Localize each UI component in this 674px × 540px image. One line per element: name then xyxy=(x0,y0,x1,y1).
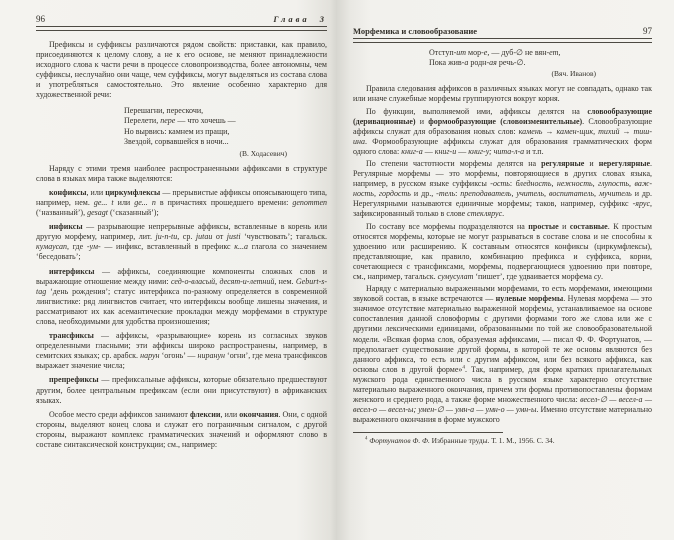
italic-example: ая xyxy=(489,58,497,67)
text-run: ‘день рождения’; статус интерфикса по-ра… xyxy=(36,287,327,326)
page-number-right: 97 xyxy=(643,26,652,36)
text-run: , или xyxy=(86,188,105,197)
bold-term: нулевые морфемы xyxy=(496,294,564,303)
text-run: Пока жив- xyxy=(429,58,464,67)
italic-example: книг-и xyxy=(435,147,457,156)
text-run: Отступ- xyxy=(429,48,456,57)
text-run: Перелети, xyxy=(124,116,160,125)
paragraph: Префиксы и суффиксы различаются рядом св… xyxy=(36,40,327,101)
text-run: (‘сказанный’); xyxy=(108,208,159,217)
verse-attribution: (В. Ходасевич) xyxy=(36,149,327,158)
text-run: родн- xyxy=(468,58,489,67)
paragraph: Особое место среди аффиксов занимают фле… xyxy=(36,410,327,450)
paragraph: Наряду с этими тремя наиболее распростра… xyxy=(36,164,327,184)
text-run: или xyxy=(114,198,135,207)
text-run: (‘названный’), xyxy=(36,208,87,217)
text-run: , xyxy=(558,48,560,57)
verse-line: Отступ-ит мор-е, — дуб-∅ не вян-ет, xyxy=(429,48,652,58)
verse-line: Но вырвись: камнем из пращи, xyxy=(124,127,327,137)
footnote-area-1: 4 Фортунатов Ф. Ф. Избранные труды. Т. 1… xyxy=(353,432,652,445)
text-run: и xyxy=(559,222,570,231)
paragraph: По составу все морфемы подразделяются на… xyxy=(353,222,652,283)
text-run: Звездой, сорвавшейся в ночи... xyxy=(124,137,229,146)
verse-quote: Перешагни, перескочи,Перелети, пере — чт… xyxy=(124,106,327,148)
page-header-right: Морфемика и словообразование 97 xyxy=(353,26,652,36)
paragraph: конфиксы, или циркумфлексы — прерывистые… xyxy=(36,188,327,218)
paragraph: трансфиксы — аффиксы, «разрывающие» коре… xyxy=(36,331,327,371)
italic-example: -ум- xyxy=(87,242,101,251)
text-run: ‘огонь’ — xyxy=(160,351,198,360)
bold-term: регулярные xyxy=(541,159,584,168)
bold-term: инфиксы xyxy=(49,222,83,231)
italic-example: камень xyxy=(519,127,543,136)
text-run: и т.п. xyxy=(524,147,543,156)
text-run: Но вырвись: камнем из пращи, xyxy=(124,127,229,136)
text-run: . xyxy=(601,272,603,281)
book-spread: 96 Глава 3 Префиксы и суффиксы различают… xyxy=(0,0,674,540)
italic-example: ju-n-tu xyxy=(155,232,177,241)
paragraph: препрефиксы — префиксальные аффиксы, кот… xyxy=(36,375,327,405)
running-head-chapter: Глава 3 xyxy=(273,14,327,24)
verse-attribution: (Вяч. Иванов) xyxy=(353,69,652,78)
text-run: . Нулевая морфема — это значимое отсутст… xyxy=(353,294,652,374)
page-body-1: Отступ-ит мор-е, — дуб-∅ не вян-ет,Пока … xyxy=(353,48,652,426)
bold-term: флексии xyxy=(190,410,221,419)
bold-term: окончания xyxy=(239,410,278,419)
text-run: в причастиях прошедшего времени: xyxy=(156,198,293,207)
page-96: 96 Глава 3 Префиксы и суффиксы различают… xyxy=(0,0,337,540)
text-run: → xyxy=(542,127,556,136)
verse-line: Перелети, пере — что хочешь — xyxy=(124,116,327,126)
text-run: . xyxy=(502,209,504,218)
text-run: — xyxy=(456,147,468,156)
italic-example: преподаватель, учитель, воспитатель, муч… xyxy=(460,189,631,198)
paragraph: По функции, выполняемой ими, аффиксы дел… xyxy=(353,107,652,157)
text-run: Перешагни, перескочи, xyxy=(124,106,203,115)
verse-line: Пока жив-а родн-ая речь-∅. xyxy=(429,58,652,68)
italic-example: ge... t xyxy=(94,198,114,207)
text-run: Избранные труды. Т. 1. М., 1956. С. 34. xyxy=(430,436,555,445)
text-run: → xyxy=(619,127,633,136)
text-run: Особое место среди аффиксов занимают xyxy=(49,410,190,419)
text-run: (Вяч. Иванов) xyxy=(552,69,596,78)
bold-term: препрефиксы xyxy=(49,375,99,384)
italic-example: justi xyxy=(227,232,241,241)
italic-example: книг-а xyxy=(401,147,423,156)
text-run: Префиксы и суффиксы различаются рядом св… xyxy=(36,40,327,99)
bold-term: трансфиксы xyxy=(49,331,94,340)
italic-example: су xyxy=(594,272,601,281)
italic-example: сумусулат xyxy=(438,272,474,281)
italic-example: ет xyxy=(549,48,558,57)
bold-term: циркумфлексы xyxy=(105,188,160,197)
paragraph: интерфиксы — аффиксы, соединяющие компон… xyxy=(36,267,327,328)
verse-line: Звездой, сорвавшейся в ночи... xyxy=(124,137,327,147)
text-run: , ср. xyxy=(177,232,196,241)
italic-example: genommen xyxy=(292,198,327,207)
italic-example: ge... n xyxy=(134,198,156,207)
bold-term: составные xyxy=(570,222,608,231)
text-run: и др., xyxy=(411,189,436,198)
bold-term: конфиксы xyxy=(49,188,86,197)
italic-example: к...а xyxy=(234,242,248,251)
text-run: Правила следования аффиксов в различных … xyxy=(353,84,652,103)
italic-example: ниранун xyxy=(198,351,225,360)
text-run: мор- xyxy=(466,48,484,57)
text-run: Наряду с этими тремя наиболее распростра… xyxy=(36,164,327,183)
italic-example: книг-у; чита-л-а xyxy=(468,147,524,156)
paragraph: Правила следования аффиксов в различных … xyxy=(353,84,652,104)
italic-example: jutau xyxy=(196,232,212,241)
bold-term: простые xyxy=(528,222,558,231)
text-run: речь-∅. xyxy=(497,58,526,67)
footnote-text: 4 Фортунатов Ф. Ф. Избранные труды. Т. 1… xyxy=(353,436,652,445)
italic-example: стеклярус xyxy=(467,209,502,218)
text-run: ‘пишет’, где удваивается морфема xyxy=(473,272,594,281)
text-run: , где xyxy=(67,242,87,251)
footnote-rule xyxy=(353,432,503,433)
italic-example: кумаусап xyxy=(36,242,67,251)
text-run: По степени частотности морфемы делятся н… xyxy=(366,159,541,168)
italic-example: пере xyxy=(160,116,175,125)
paragraph: инфиксы — разрывающие непрерывные аффикс… xyxy=(36,222,327,262)
text-run: По составу все морфемы подразделяются на xyxy=(366,222,528,231)
running-head-section: Морфемика и словообразование xyxy=(353,26,477,36)
text-run: от xyxy=(212,232,226,241)
italic-example: тихий xyxy=(598,127,619,136)
text-run: и xyxy=(416,117,429,126)
verse-quote: Отступ-ит мор-е, — дуб-∅ не вян-ет,Пока … xyxy=(429,48,652,69)
italic-example: сед-о-власый xyxy=(171,277,215,286)
text-run: — xyxy=(423,147,435,156)
italic-example: Фортунатов Ф. Ф. xyxy=(369,436,430,445)
bold-term: нерегулярные xyxy=(599,159,650,168)
italic-example: ит xyxy=(456,48,466,57)
bold-term: интерфиксы xyxy=(49,267,95,276)
italic-example: gesagt xyxy=(87,208,108,217)
text-run: ‘чувствовать’; тагальск. xyxy=(241,232,327,241)
header-rule-right xyxy=(353,38,652,43)
text-run: По функции, выполняемой ими, аффиксы дел… xyxy=(366,107,587,116)
text-run: , — дуб-∅ не вян- xyxy=(487,48,549,57)
italic-example: камен-щик xyxy=(556,127,593,136)
text-run: (В. Ходасевич) xyxy=(240,149,287,158)
text-run: , нем. xyxy=(274,277,296,286)
italic-example: нарун xyxy=(140,351,159,360)
italic-example: -ость xyxy=(490,179,510,188)
header-rule-left xyxy=(36,26,327,31)
italic-example: -ярус xyxy=(633,199,650,208)
text-run: — инфикс, вставленный в префикс xyxy=(101,242,235,251)
paragraph: По степени частотности морфемы делятся н… xyxy=(353,159,652,220)
page-header-left: 96 Глава 3 xyxy=(36,14,327,24)
verse-line: Перешагни, перескочи, xyxy=(124,106,327,116)
italic-example: десят-и-летний xyxy=(219,277,274,286)
paragraph: Наряду с материально выраженными морфема… xyxy=(353,284,652,425)
bold-term: формообразующие (словоизменительные) xyxy=(428,117,582,126)
italic-example: -тель xyxy=(436,189,455,198)
text-run: — что хочешь — xyxy=(175,116,235,125)
page-number-left: 96 xyxy=(36,14,45,24)
page-body-0: Префиксы и суффиксы различаются рядом св… xyxy=(36,40,327,451)
text-run: , или xyxy=(221,410,240,419)
page-97: Морфемика и словообразование 97 Отступ-и… xyxy=(337,0,674,540)
text-run: и xyxy=(584,159,598,168)
